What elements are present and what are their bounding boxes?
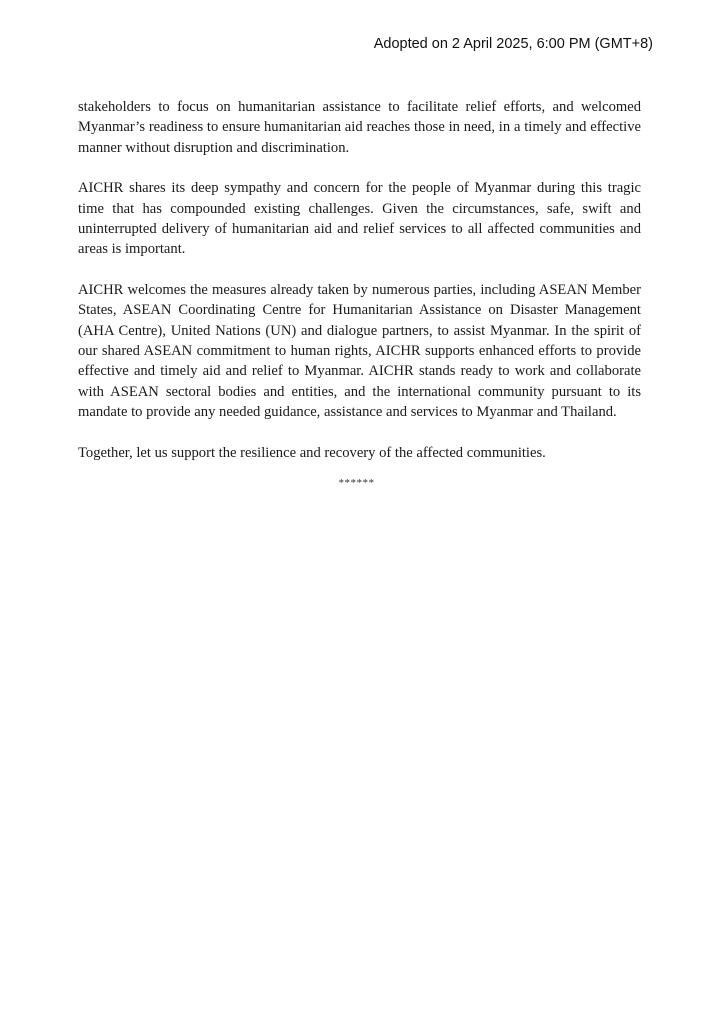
paragraph-sympathy: AICHR shares its deep sympathy and conce… — [78, 178, 641, 259]
text-line: effective and timely aid and relief to M… — [78, 361, 641, 381]
adoption-date-stamp: Adopted on 2 April 2025, 6:00 PM (GMT+8) — [374, 36, 653, 52]
text-line: Myanmar’s readiness to ensure humanitari… — [78, 117, 641, 137]
text-line: with ASEAN sectoral bodies and entities,… — [78, 382, 641, 402]
text-line: mandate to provide any needed guidance, … — [78, 402, 641, 422]
text-line: areas is important. — [78, 239, 641, 259]
text-line: AICHR welcomes the measures already take… — [78, 280, 641, 300]
statement-body: stakeholders to focus on humanitarian as… — [78, 97, 641, 483]
text-line: uninterrupted delivery of humanitarian a… — [78, 219, 641, 239]
text-line: Together, let us support the resilience … — [78, 443, 641, 463]
text-line: manner without disruption and discrimina… — [78, 138, 641, 158]
paragraph-humanitarian-focus: stakeholders to focus on humanitarian as… — [78, 97, 641, 158]
paragraph-measures-welcomed: AICHR welcomes the measures already take… — [78, 280, 641, 422]
text-line: States, ASEAN Coordinating Centre for Hu… — [78, 300, 641, 320]
text-line: our shared ASEAN commitment to human rig… — [78, 341, 641, 361]
end-separator: ****** — [0, 477, 713, 489]
text-line: time that has compounded existing challe… — [78, 199, 641, 219]
text-line: AICHR shares its deep sympathy and conce… — [78, 178, 641, 198]
paragraph-closing: Together, let us support the resilience … — [78, 443, 641, 463]
text-line: (AHA Centre), United Nations (UN) and di… — [78, 321, 641, 341]
text-line: stakeholders to focus on humanitarian as… — [78, 97, 641, 117]
